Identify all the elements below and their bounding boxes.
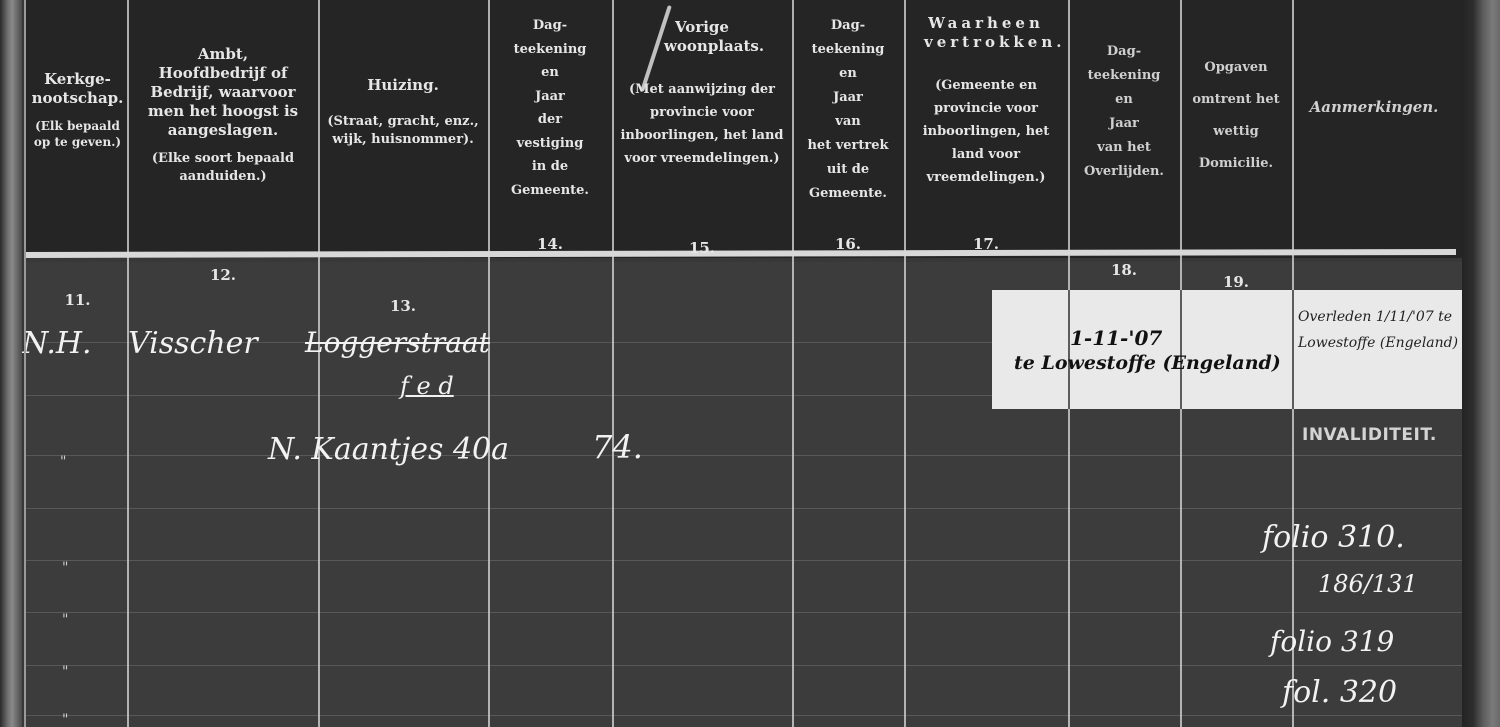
address-line2-entry: f e d (400, 372, 454, 400)
ruling-line (26, 612, 1462, 613)
column-number: 14. (490, 235, 610, 254)
register-page: Kerkge- nootschap. (Elk bepaald op te ge… (0, 0, 1500, 727)
column-header-13: Huizing. (Straat, gracht, enz., wijk, hu… (320, 0, 486, 326)
ditto-mark: " (62, 560, 68, 576)
column-header-18: Dag- teekening en Jaar van het Overlijde… (1070, 0, 1178, 290)
address-number-entry: 74. (592, 428, 643, 466)
column-number: 16. (794, 235, 902, 254)
column-subtitle: (Elk bepaald op te geven.) (28, 118, 127, 150)
ruling-line (26, 455, 1462, 456)
ditto-mark: " (60, 454, 66, 470)
address-new-entry: N. Kaantjes 40a (268, 432, 509, 467)
column-header-11: Kerkge- nootschap. (Elk bepaald op te ge… (28, 0, 127, 320)
slip-column-divider (1292, 290, 1294, 409)
column-title: Dag- teekening en Jaar van het vertrek u… (794, 14, 902, 206)
column-title: Waarheen vertrokken. (906, 14, 1066, 52)
ditto-mark: " (62, 612, 68, 628)
column-number: 15. (614, 239, 790, 258)
ruling-line (26, 665, 1462, 666)
address-struck-entry: Loggerstraat (305, 326, 490, 359)
column-title: Vorige woonplaats. (614, 18, 790, 56)
column-title: Kerkge- nootschap. (28, 70, 127, 108)
column-header-16: Dag- teekening en Jaar van het vertrek u… (794, 0, 902, 264)
folio-note: folio 310. (1262, 520, 1405, 555)
departure-date-entry: 1-11-'07 (1070, 326, 1162, 350)
column-title: Ambt, Hoofdbedrijf of Bedrijf, waarvoor … (130, 45, 316, 140)
column-number: 11. (28, 291, 127, 310)
column-header-19: Opgaven omtrent het wettig Domicilie. 19… (1182, 0, 1290, 302)
ruling-line (26, 715, 1462, 716)
departure-destination-entry: te Lowestoffe (Engeland) (1014, 352, 1281, 374)
column-subtitle: (Elke soort bepaald aanduiden.) (130, 150, 316, 186)
ruling-line (26, 508, 1462, 509)
column-number: 17. (906, 235, 1066, 254)
ditto-mark: " (62, 664, 68, 680)
column-title: Dag- teekening en Jaar der vestiging in … (490, 14, 610, 202)
column-subtitle: (Straat, gracht, enz., wijk, huisnommer)… (320, 113, 486, 149)
column-number: 18. (1070, 261, 1178, 280)
column-number: 12. (130, 266, 316, 285)
pasted-correction-slip: 1-11-'07 te Lowestoffe (Engeland) Overle… (992, 290, 1489, 409)
column-title: Dag- teekening en Jaar van het Overlijde… (1070, 40, 1178, 184)
folio-note: folio 319 (1270, 625, 1394, 658)
folio-note: 186/131 (1318, 570, 1418, 598)
slip-column-divider (1180, 290, 1182, 409)
invaliditeit-stamp: INVALIDITEIT. (1302, 425, 1437, 445)
column-subtitle: (Met aanwijzing der provincie voor inboo… (614, 78, 790, 170)
book-binding-edge (0, 0, 22, 727)
column-divider (127, 0, 129, 727)
column-header-15: Vorige woonplaats. (Met aanwijzing der p… (614, 0, 790, 268)
column-header-14: Dag- teekening en Jaar der vestiging in … (490, 0, 610, 264)
column-title: Aanmerkingen. (1294, 98, 1454, 117)
religion-entry: N.H. (22, 326, 92, 361)
column-title: Opgaven omtrent het wettig Domicilie. (1182, 52, 1290, 180)
column-title: Huizing. (320, 76, 486, 95)
occupation-entry: Visscher (128, 326, 258, 361)
page-right-edge (1462, 0, 1500, 727)
margin-line (24, 0, 26, 727)
folio-note: fol. 320 (1282, 675, 1397, 710)
column-header-17: Waarheen vertrokken. (Gemeente en provin… (906, 0, 1066, 264)
column-subtitle: (Gemeente en provincie voor inboorlingen… (906, 74, 1066, 189)
column-header-12: Ambt, Hoofdbedrijf of Bedrijf, waarvoor … (130, 0, 316, 295)
ditto-mark: " (62, 712, 68, 727)
ruling-line (26, 560, 1462, 561)
death-note-entry: Overleden 1/11/'07 te Lowestoffe (Engela… (1298, 304, 1478, 356)
column-number: 13. (320, 297, 486, 316)
